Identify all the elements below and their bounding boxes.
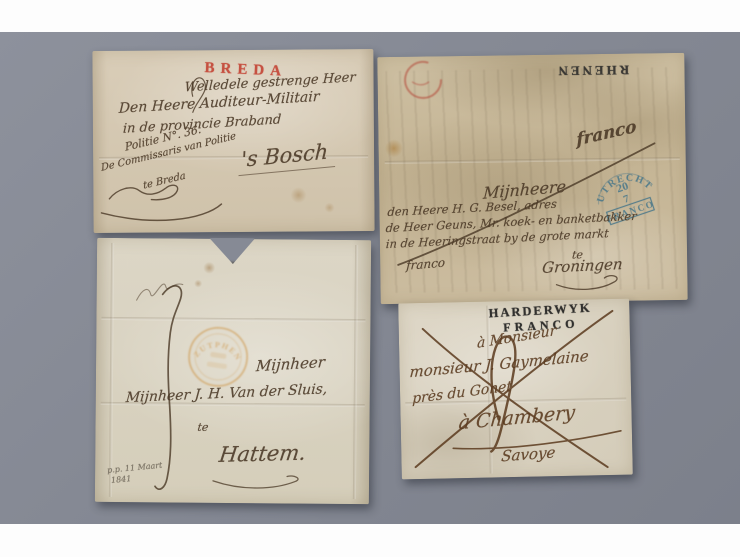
destination-s-bosch: 's Bosch [239, 139, 337, 176]
address-te: te [197, 421, 209, 434]
pencil-docket-line1: p.p. 11 Maart [107, 461, 163, 475]
svg-text:ZUTPHEN: ZUTPHEN [191, 337, 245, 366]
red-arrival-mark [391, 54, 453, 116]
pencil-docket-line2: 1841 [111, 474, 132, 485]
fold-crease [102, 317, 365, 322]
photo-of-four-old-letters: BREDA Welledele gestrenge Heer Den Heere… [0, 0, 740, 557]
grey-background-mat: BREDA Welledele gestrenge Heer Den Heere… [0, 32, 740, 524]
white-border-top [0, 0, 740, 32]
address-mijnheer: Mijnheer [255, 353, 325, 375]
groningen-flourish [556, 276, 617, 290]
datestamp-town: UTRECHT [590, 164, 657, 209]
folded-letter-breda: BREDA Welledele gestrenge Heer Den Heere… [92, 49, 374, 233]
rhenen-straightline-postmark: RHENEN [555, 62, 629, 79]
docket-squiggle [137, 284, 183, 301]
signature-underline [101, 204, 221, 221]
region-savoye: Savoye [500, 443, 556, 465]
franco-manuscript-top: franco [576, 117, 637, 151]
te-breda-notation: te Breda [143, 171, 187, 192]
tear-notch [209, 238, 255, 264]
folded-letter-rhenen: RHENEN franco UTRECHT 20 7 FRANCO Mijnhe… [377, 53, 687, 304]
datestamp-month: 7 [622, 192, 632, 205]
side-flap-crease [109, 243, 114, 496]
white-border-bottom [0, 524, 740, 557]
side-flap-crease [353, 245, 358, 498]
franco-manuscript-bottom: franco [406, 255, 446, 272]
province-line: in de provincie Braband [123, 112, 282, 136]
destination-hattem: Hattem. [218, 441, 308, 467]
datestamp-town: ZUTPHEN [191, 337, 245, 366]
flap-crease [385, 157, 680, 164]
address-name-line: monsieur J. Gaymelaine [409, 347, 589, 381]
hattem-underline-flourish [213, 475, 298, 488]
svg-text:UTRECHT: UTRECHT [590, 164, 657, 209]
folded-letter-zutphen: ZUTPHEN Mijnheer Mijnheer J. H. Van der … [95, 238, 371, 504]
datestamp-day: 20 [614, 178, 630, 195]
folded-letter-harderwyk: HARDERWYK FRANCO à Monsieur monsieur J. … [398, 299, 633, 480]
destination-chambery: à Chambery [458, 401, 576, 434]
destination-groningen: Groningen [541, 255, 623, 277]
